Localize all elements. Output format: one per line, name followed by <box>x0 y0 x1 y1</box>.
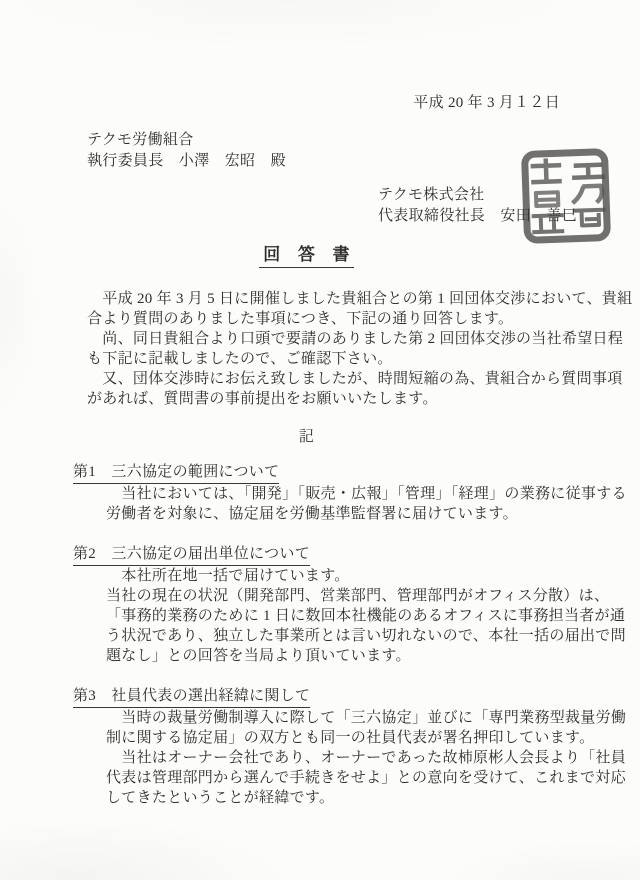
section-3-line: 代表は管理部門から選んで手続きをせよ」との意向を受けて、これまで対応 <box>106 768 580 788</box>
section-3-line: 当社はオーナー会社であり、オーナーであった故柿原彬人会長より「社員 <box>106 748 580 768</box>
section-2-line: 「事務的業務のために 1 日に数回本社機能のあるオフィスに事務担当者が通 <box>106 606 580 626</box>
recipient-organization: テクモ労働組合 <box>87 130 580 151</box>
sender-representative: 代表取締役社長 安田 善巳 <box>378 206 580 227</box>
document-title: 回 答 書 <box>259 244 354 268</box>
sender-block: テクモ株式会社 代表取締役社長 安田 善巳 <box>378 185 580 227</box>
document-date: 平成 20 年 3 月１２日 <box>73 93 580 114</box>
section-2-line: 本社所在地一括で届けています。 <box>106 566 580 586</box>
section-1-body: 当社においては、「開発」「販売・広報」「管理」「経理」の業務に従事する 労働者を… <box>106 484 580 524</box>
list-marker: 記 <box>73 427 540 447</box>
section-1-heading: 第1 三六協定の範囲について <box>73 462 279 484</box>
recipient-block: テクモ労働組合 執行委員長 小澤 宏昭 殿 <box>87 130 580 172</box>
section-1-line: 当社においては、「開発」「販売・広報」「管理」「経理」の業務に従事する <box>106 484 580 504</box>
section-2-heading: 第2 三六協定の届出単位について <box>73 544 310 566</box>
section-3: 第3 社員代表の選出経緯に関して 当時の裁量労働制導入に際して「三六協定」並びに… <box>73 686 580 808</box>
section-2: 第2 三六協定の届出単位について 本社所在地一括で届けています。 当社の現在の状… <box>73 544 580 666</box>
section-3-heading-row: 第3 社員代表の選出経緯に関して <box>73 686 580 708</box>
intro-line: 平成 20 年 3 月 5 日に開催しました貴組合との第 1 回団体交渉において… <box>87 289 580 309</box>
section-2-line: う状況であり、独立した事業所とは言い切れないので、本社一括の届出で問 <box>106 626 580 646</box>
section-3-line: してきたということが経緯です。 <box>106 788 580 808</box>
recipient-addressee: 執行委員長 小澤 宏昭 殿 <box>87 151 580 172</box>
title-row: 回 答 書 <box>73 244 540 268</box>
intro-line: 又、団体交渉時にお伝え致しましたが、時間短縮の為、貴組合から質問事項 <box>87 369 580 389</box>
section-1: 第1 三六協定の範囲について 当社においては、「開発」「販売・広報」「管理」「経… <box>73 462 580 524</box>
sender-company: テクモ株式会社 <box>378 185 580 206</box>
section-3-line: 制に関する協定届」の双方とも同一の社員代表が署名押印しています。 <box>106 728 580 748</box>
section-3-heading: 第3 社員代表の選出経緯に関して <box>73 686 310 708</box>
section-2-body: 本社所在地一括で届けています。 当社の現在の状況（開発部門、営業部門、管理部門が… <box>106 566 580 666</box>
intro-paragraphs: 平成 20 年 3 月 5 日に開催しました貴組合との第 1 回団体交渉において… <box>87 289 580 409</box>
section-2-line: 当社の現在の状況（開発部門、営業部門、管理部門がオフィス分散）は、 <box>106 586 580 606</box>
section-3-body: 当時の裁量労働制導入に際して「三六協定」並びに「専門業務型裁量労働 制に関する協… <box>106 708 580 808</box>
section-1-line: 労働者を対象に、協定届を労働基準監督署に届けています。 <box>106 504 580 524</box>
intro-line: 尚、同日貴組合より口頭で要請のありました第 2 回団体交渉の当社希望日程 <box>87 329 580 349</box>
section-1-heading-row: 第1 三六協定の範囲について <box>73 462 580 484</box>
intro-line: 合より質問のありました事項につき、下記の通り回答します。 <box>87 309 580 329</box>
intro-line: があれば、質問書の事前提出をお願いいたします。 <box>87 389 580 409</box>
intro-line: も下記に記載しましたので、ご確認下さい。 <box>87 349 580 369</box>
section-2-line: 題なし」との回答を当局より頂いています。 <box>106 646 580 666</box>
section-3-line: 当時の裁量労働制導入に際して「三六協定」並びに「専門業務型裁量労働 <box>106 708 580 728</box>
section-2-heading-row: 第2 三六協定の届出単位について <box>73 544 580 566</box>
scanned-document-page: 平成 20 年 3 月１２日 テクモ労働組合 執行委員長 小澤 宏昭 殿 テクモ… <box>0 0 640 880</box>
